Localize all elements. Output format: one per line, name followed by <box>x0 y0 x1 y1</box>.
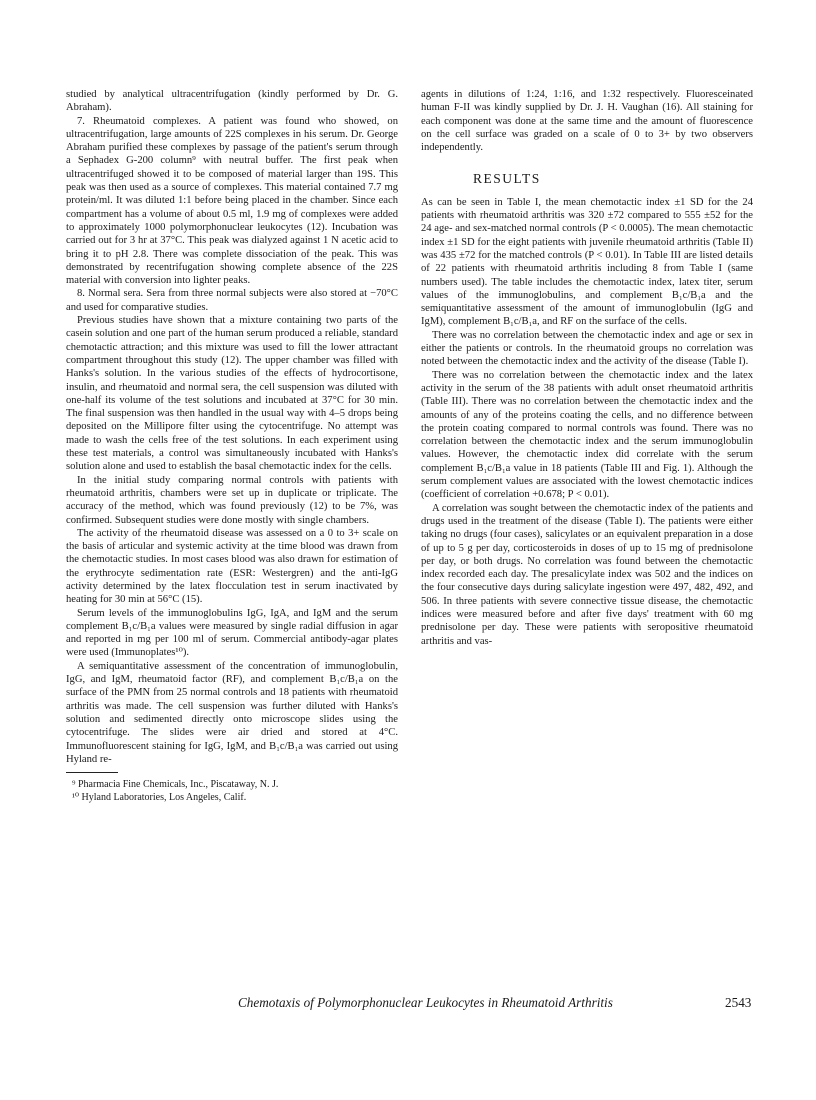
paragraph-rheumatoid-complexes: 7. Rheumatoid complexes. A patient was f… <box>66 115 398 288</box>
footnote-10: ¹⁰ Hyland Laboratories, Los Angeles, Cal… <box>66 791 398 804</box>
paragraph-drug-correlation: A correlation was sought between the che… <box>421 502 753 648</box>
paragraph-normal-sera: 8. Normal sera. Sera from three normal s… <box>66 287 398 314</box>
paragraph-disease-activity: The activity of the rheumatoid disease w… <box>66 527 398 607</box>
paragraph-initial-study: In the initial study comparing normal co… <box>66 474 398 527</box>
left-column: studied by analytical ultracentrifugatio… <box>66 88 398 804</box>
footnote-9: ⁹ Pharmacia Fine Chemicals, Inc., Piscat… <box>66 778 398 791</box>
paragraph-semiquantitative: A semiquantitative assessment of the con… <box>66 660 398 766</box>
running-title: Chemotaxis of Polymorphonuclear Leukocyt… <box>238 995 613 1011</box>
paragraph-chemotactic-mixture: Previous studies have shown that a mixtu… <box>66 314 398 474</box>
paragraph-age-sex-correlation: There was no correlation between the che… <box>421 329 753 369</box>
footnote-divider <box>66 772 118 773</box>
section-heading-results: RESULTS <box>473 172 753 185</box>
paragraph-reagents-continuation: agents in dilutions of 1:24, 1:16, and 1… <box>421 88 753 154</box>
paragraph-serum-levels: Serum levels of the immunoglobulins IgG,… <box>66 607 398 660</box>
paragraph-latex-complement-correlation: There was no correlation between the che… <box>421 369 753 502</box>
paragraph-results-table-summary: As can be seen in Table I, the mean chem… <box>421 196 753 329</box>
right-column: agents in dilutions of 1:24, 1:16, and 1… <box>421 88 753 648</box>
page-number: 2543 <box>725 995 751 1011</box>
paragraph-continuation: studied by analytical ultracentrifugatio… <box>66 88 398 115</box>
